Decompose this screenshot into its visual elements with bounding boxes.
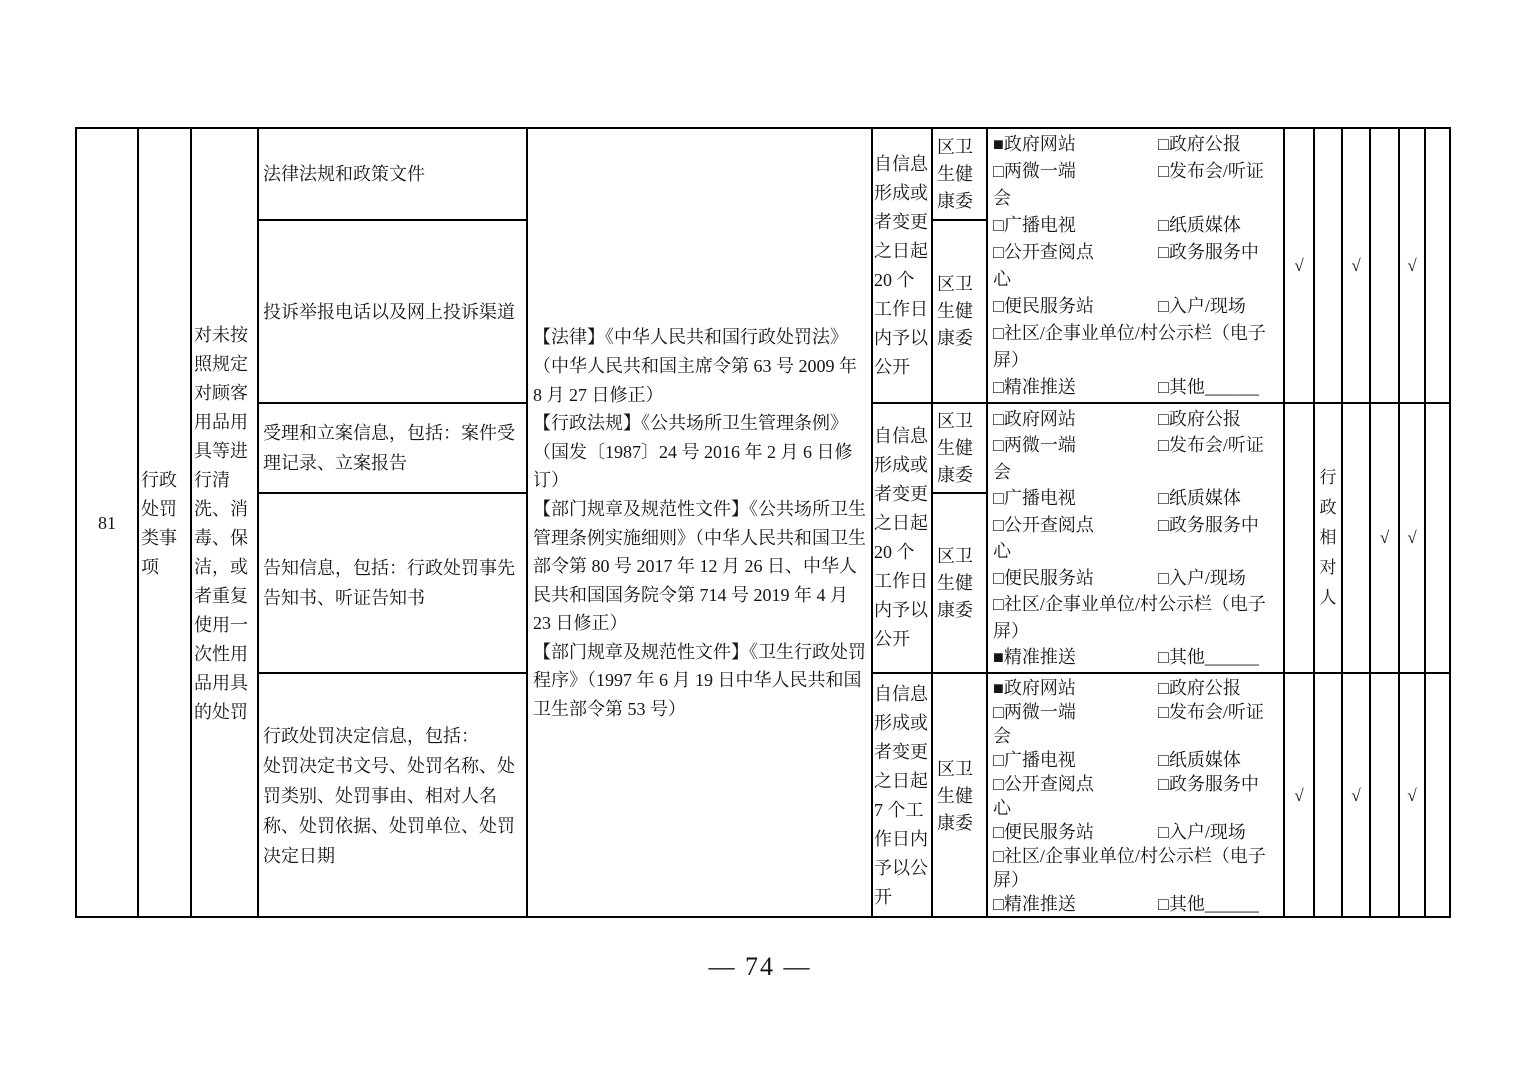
legal-basis-cell: 【法律】《中华人民共和国行政处罚法》（中华人民共和国主席令第 63 号 2009… [526, 127, 871, 918]
channel-option: □两微一端 [993, 700, 1158, 724]
channel-option: □社区/企事业单位/村公示栏（电子 [993, 323, 1266, 343]
channel-option: □入户/现场 [1158, 822, 1246, 842]
row-number-cell: 81 [75, 127, 137, 918]
disclosure-table: 81 行政处罚类事项 对未按照规定对顾客用品用具等进行清洗、消毒、保洁，或者重复… [75, 127, 1451, 918]
channel-option: □便民服务站 [993, 565, 1158, 592]
agency-cell: 区卫生健康委 [931, 127, 986, 219]
channel-option-wrap: 心 [993, 541, 1011, 561]
content-item-cell: 法律法规和政策文件 [257, 127, 526, 219]
channel-option: □精准推送 [993, 892, 1158, 916]
channel-option: ■政府网站 [993, 131, 1158, 158]
content-item-cell: 受理和立案信息，包括：案件受理记录、立案报告 [257, 402, 526, 492]
channel-option: □政务服务中 [1158, 242, 1259, 262]
channel-option: □公开查阅点 [993, 772, 1158, 796]
channel-option: □社区/企事业单位/村公示栏（电子 [993, 594, 1266, 614]
channel-option-wrap: 会 [993, 188, 1011, 208]
channel-option: □其他______ [1158, 377, 1259, 397]
channel-option-wrap: 屏） [993, 350, 1029, 370]
check-cell: √ [1398, 672, 1424, 918]
check-cell [1313, 672, 1341, 918]
check-cell [1424, 672, 1451, 918]
check-cell [1369, 672, 1398, 918]
channels-cell: ■政府网站□政府公报 □两微一端□发布会/听证 会 □广播电视□纸质媒体 □公开… [986, 127, 1283, 402]
check-cell: √ [1341, 127, 1369, 402]
channel-option: □发布会/听证 [1158, 435, 1264, 455]
channel-option: □政务服务中 [1158, 774, 1259, 794]
channel-option: □政府网站 [993, 406, 1158, 433]
channel-option: ■政府网站 [993, 676, 1158, 700]
legal-basis-entry: 【行政法规】《公共场所卫生管理条例》（国发〔1987〕24 号 2016 年 2… [533, 409, 867, 495]
check-cell [1424, 402, 1451, 672]
deadline-cell: 自信息形成或者变更之日起7 个工作日内予以公开 [871, 672, 931, 918]
channel-option: □两微一端 [993, 432, 1158, 459]
check-cell: √ [1341, 672, 1369, 918]
check-cell [1283, 402, 1313, 672]
content-item-cell: 行政处罚决定信息，包括： 处罚决定书文号、处罚名称、处罚类别、处罚事由、相对人名… [257, 672, 526, 918]
channel-option: □政府公报 [1158, 134, 1241, 154]
check-cell: √ [1283, 127, 1313, 402]
channel-option: □便民服务站 [993, 293, 1158, 320]
channel-option: □广播电视 [993, 485, 1158, 512]
channel-option: □纸质媒体 [1158, 750, 1241, 770]
document-page: 81 行政处罚类事项 对未按照规定对顾客用品用具等进行清洗、消毒、保洁，或者重复… [0, 0, 1520, 1074]
channel-option: □入户/现场 [1158, 568, 1246, 588]
channel-option-wrap: 屏） [993, 621, 1029, 641]
content-item-cell: 告知信息，包括：行政处罚事先告知书、听证告知书 [257, 492, 526, 672]
channel-option: □纸质媒体 [1158, 488, 1241, 508]
channel-option: □公开查阅点 [993, 239, 1158, 266]
channel-option-wrap: 会 [993, 726, 1011, 746]
channel-option: □两微一端 [993, 158, 1158, 185]
channel-option: □社区/企事业单位/村公示栏（电子 [993, 846, 1266, 866]
channel-option-wrap: 心 [993, 798, 1011, 818]
category-cell: 行政处罚类事项 [137, 127, 190, 918]
channel-option: □政府公报 [1158, 678, 1241, 698]
check-cell: √ [1398, 127, 1424, 402]
channel-option: □便民服务站 [993, 820, 1158, 844]
channel-option-wrap: 屏） [993, 870, 1029, 890]
agency-cell: 区卫生健康委 [931, 672, 986, 918]
channel-option: □广播电视 [993, 748, 1158, 772]
channel-option: □政务服务中 [1158, 515, 1259, 535]
check-cell [1313, 127, 1341, 402]
channel-option: □其他______ [1158, 647, 1259, 667]
channel-option: □发布会/听证 [1158, 702, 1264, 722]
matter-description-cell: 对未按照规定对顾客用品用具等进行清洗、消毒、保洁，或者重复使用一次性用品用具的处… [190, 127, 257, 918]
agency-cell: 区卫生健康委 [931, 402, 986, 492]
channel-option: □纸质媒体 [1158, 215, 1241, 235]
agency-cell: 区卫生健康委 [931, 492, 986, 672]
channel-option: □公开查阅点 [993, 512, 1158, 539]
channel-option: □其他______ [1158, 894, 1259, 914]
check-cell [1369, 127, 1398, 402]
channel-option-wrap: 心 [993, 269, 1011, 289]
channel-option: □广播电视 [993, 212, 1158, 239]
channel-option: □入户/现场 [1158, 296, 1246, 316]
content-item-cell: 投诉举报电话以及网上投诉渠道 [257, 219, 526, 402]
channel-option-wrap: 会 [993, 462, 1011, 482]
legal-basis-entry: 【部门规章及规范性文件】《卫生行政处罚程序》（1997 年 6 月 19 日中华… [533, 638, 867, 724]
channel-option: □发布会/听证 [1158, 161, 1264, 181]
channel-option: ■精准推送 [993, 644, 1158, 671]
check-cell: √ [1369, 402, 1398, 672]
check-cell [1341, 402, 1369, 672]
channels-cell: ■政府网站□政府公报 □两微一端□发布会/听证 会 □广播电视□纸质媒体 □公开… [986, 672, 1283, 918]
legal-basis-entry: 【法律】《中华人民共和国行政处罚法》（中华人民共和国主席令第 63 号 2009… [533, 323, 867, 409]
check-cell: √ [1283, 672, 1313, 918]
channel-option: □精准推送 [993, 374, 1158, 401]
channel-option: □政府公报 [1158, 409, 1241, 429]
deadline-cell: 自信息形成或者变更之日起20 个工作日内予以公开 [871, 127, 931, 402]
agency-cell: 区卫生健康委 [931, 219, 986, 402]
deadline-cell: 自信息形成或者变更之日起20 个工作日内予以公开 [871, 402, 931, 672]
legal-basis-entry: 【部门规章及规范性文件】《公共场所卫生管理条例实施细则》（中华人民共和国卫生部令… [533, 495, 867, 638]
page-number: — 74 — [0, 952, 1520, 982]
disclosure-target-cell: 行政相对人 [1313, 402, 1341, 672]
channels-cell: □政府网站□政府公报 □两微一端□发布会/听证 会 □广播电视□纸质媒体 □公开… [986, 402, 1283, 672]
check-cell [1424, 127, 1451, 402]
check-cell: √ [1398, 402, 1424, 672]
